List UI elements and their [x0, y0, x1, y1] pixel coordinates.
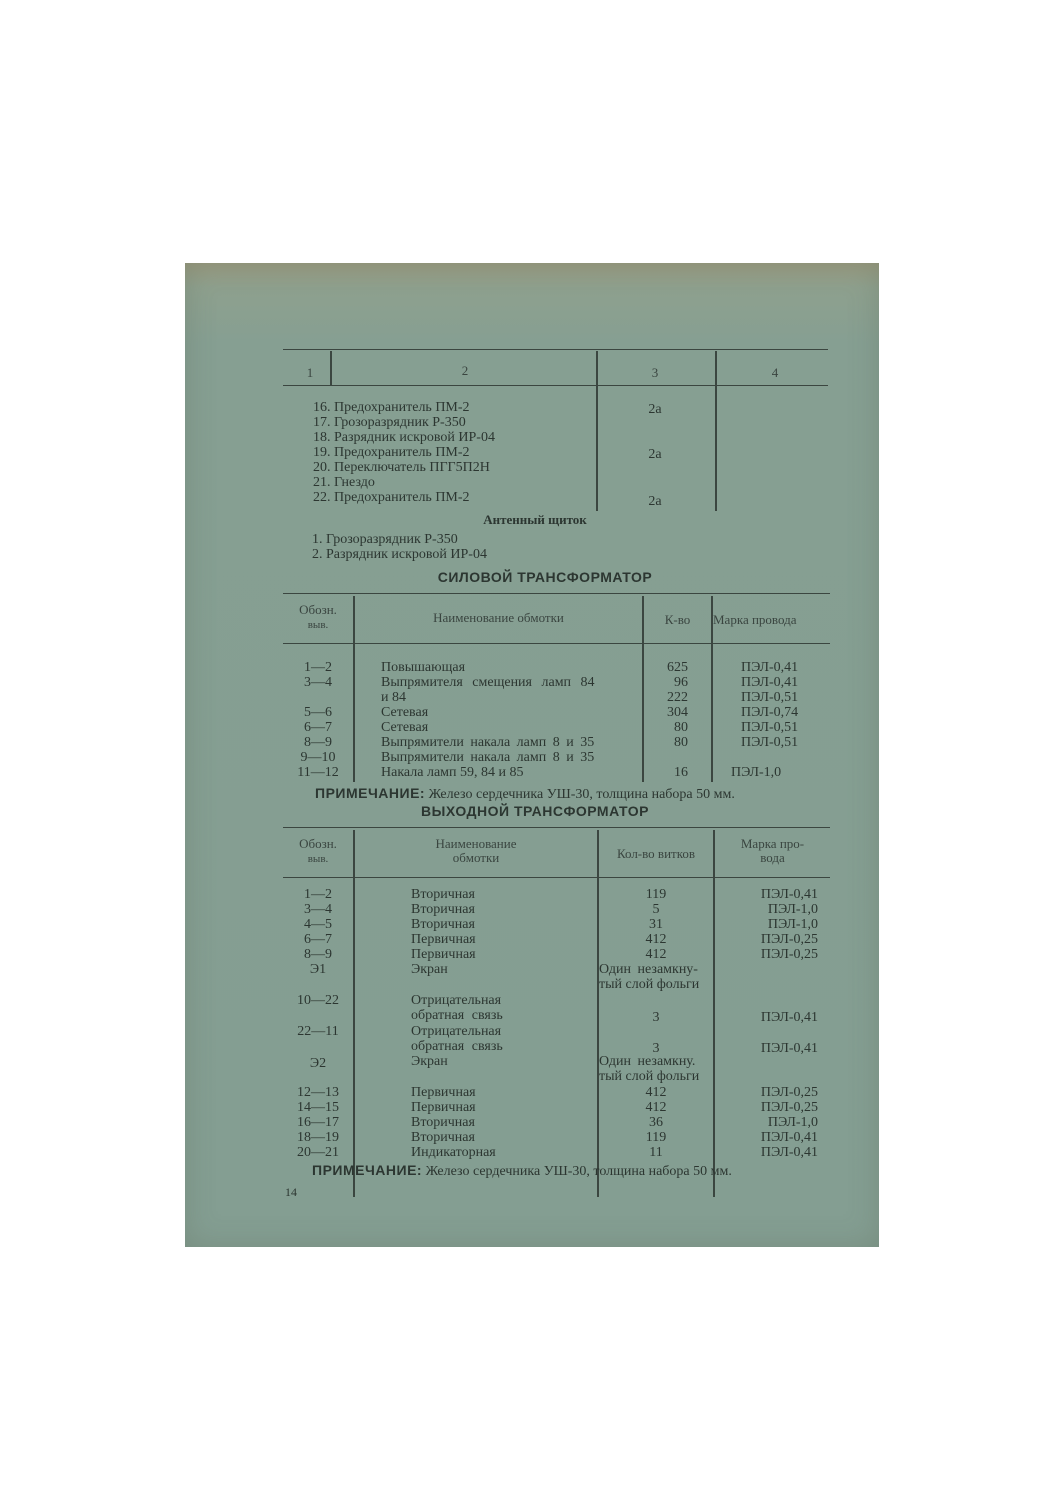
turns-cell: 222	[625, 690, 688, 705]
pins-cell: 10—22	[283, 993, 353, 1008]
wire-cell: ПЭЛ-1,0	[715, 902, 818, 917]
header-text: вода	[760, 850, 785, 865]
turns-cell: 36	[599, 1115, 713, 1130]
pins-cell: 18—19	[283, 1130, 353, 1145]
parts-row-name: 16. Предохранитель ПМ-2	[313, 400, 470, 415]
winding-name-cell: Вторичная	[411, 887, 475, 902]
winding-name-cell: Накала ламп 59, 84 и 85	[381, 765, 524, 780]
column-header-pins: Обозн. выв.	[283, 603, 353, 632]
winding-name-cell: обратная связь	[411, 1039, 503, 1054]
winding-name-cell: Вторичная	[411, 1130, 475, 1145]
column-header: 3	[630, 366, 680, 380]
table-top-rule	[283, 349, 828, 350]
winding-name-cell: Первичная	[411, 1085, 476, 1100]
wire-cell: ПЭЛ-1,0	[715, 1115, 818, 1130]
pins-cell: 8—9	[283, 735, 353, 750]
header-text: выв.	[308, 619, 329, 631]
section-subtitle: Антенный щиток	[425, 512, 645, 527]
wire-cell: ПЭЛ-0,25	[715, 1085, 818, 1100]
winding-name-cell: Вторичная	[411, 1115, 475, 1130]
footnote: ПРИМЕЧАНИЕ: Железо сердечника УШ-30, тол…	[315, 786, 735, 802]
turns-cell: тый слой фольги	[599, 1069, 713, 1084]
wire-cell: ПЭЛ-0,41	[715, 887, 818, 902]
parts-row-name: 20. Переключатель ПГГ5П2Н	[313, 460, 490, 475]
winding-name-cell: Первичная	[411, 932, 476, 947]
column-header-count: Кол-во витков	[599, 847, 713, 861]
turns-cell: 16	[625, 765, 688, 780]
column-divider	[596, 351, 598, 511]
pins-cell: 3—4	[283, 902, 353, 917]
header-text: Обозн.	[299, 836, 337, 851]
column-divider	[353, 830, 355, 1197]
scanned-page: 1 2 3 4 16. Предохранитель ПМ-2 2а 17. Г…	[185, 263, 879, 1247]
table-top-rule	[283, 593, 830, 594]
wire-cell: ПЭЛ-0,51	[741, 735, 798, 750]
winding-name-cell: Выпрямителя смещения ламп 84	[381, 675, 595, 690]
antenna-item: 1. Грозоразрядник Р-350	[312, 532, 458, 547]
pins-cell: 12—13	[283, 1085, 353, 1100]
wire-cell: ПЭЛ-0,25	[715, 1100, 818, 1115]
turns-cell: 96	[625, 675, 688, 690]
parts-row-name: 19. Предохранитель ПМ-2	[313, 445, 470, 460]
wire-cell: ПЭЛ-0,25	[715, 947, 818, 962]
winding-name-cell: и 84	[381, 690, 406, 705]
wire-cell: ПЭЛ-0,41	[715, 1145, 818, 1160]
column-header: 4	[750, 366, 800, 380]
footnote: ПРИМЕЧАНИЕ: Железо сердечника УШ-30, тол…	[312, 1163, 732, 1179]
winding-name-cell: Индикаторная	[411, 1145, 496, 1160]
turns-cell: 412	[599, 947, 713, 962]
parts-row-name: 21. Гнездо	[313, 475, 375, 490]
wire-cell: ПЭЛ-1,0	[731, 765, 781, 780]
pins-cell: 6—7	[283, 720, 353, 735]
wire-cell: ПЭЛ-0,41	[741, 660, 798, 675]
page-number: 14	[285, 1185, 297, 1200]
turns-cell: 31	[599, 917, 713, 932]
winding-name-cell: Первичная	[411, 1100, 476, 1115]
pins-cell: 8—9	[283, 947, 353, 962]
header-text: выв.	[308, 853, 329, 865]
footnote-label: ПРИМЕЧАНИЕ:	[315, 785, 425, 801]
turns-cell: 119	[599, 1130, 713, 1145]
footnote-text: Железо сердечника УШ-30, толщина набора …	[426, 1164, 732, 1179]
pins-cell: 14—15	[283, 1100, 353, 1115]
wire-cell: ПЭЛ-0,41	[715, 1041, 818, 1056]
winding-name-cell: Вторичная	[411, 917, 475, 932]
turns-cell: тый слой фольги	[599, 977, 713, 992]
table-header-rule	[283, 385, 828, 386]
winding-name-cell: Отрицательная	[411, 993, 501, 1008]
parts-row-name: 22. Предохранитель ПМ-2	[313, 490, 470, 505]
turns-cell: 5	[599, 902, 713, 917]
column-header-count: К-во	[644, 613, 711, 627]
column-header-pins: Обозн. выв.	[283, 837, 353, 866]
table-header-rule	[283, 643, 830, 644]
pins-cell: 3—4	[283, 675, 353, 690]
column-header: 2	[435, 364, 495, 378]
winding-name-cell: обратная связь	[411, 1008, 503, 1023]
wire-cell: ПЭЛ-0,41	[715, 1130, 818, 1145]
section-title: СИЛОВОЙ ТРАНСФОРМАТОР	[375, 570, 715, 585]
parts-row-rating: 2а	[630, 402, 680, 417]
turns-cell: 304	[625, 705, 688, 720]
wire-cell: ПЭЛ-0,51	[741, 690, 798, 705]
parts-row-rating: 2а	[630, 447, 680, 462]
pins-cell: 6—7	[283, 932, 353, 947]
wire-cell: ПЭЛ-0,41	[741, 675, 798, 690]
header-text: обмотки	[453, 850, 500, 865]
pins-cell: 1—2	[283, 660, 353, 675]
column-header-name: Наименование обмотки	[355, 611, 642, 625]
winding-name-cell: Сетевая	[381, 705, 428, 720]
turns-cell: 412	[599, 932, 713, 947]
footnote-text: Железо сердечника УШ-30, толщина набора …	[429, 787, 735, 802]
wire-cell: ПЭЛ-0,74	[741, 705, 798, 720]
winding-name-cell: Выпрямители накала ламп 8 и 35	[381, 750, 594, 765]
pins-cell: Э2	[283, 1056, 353, 1071]
column-header-wire: Марка провода	[713, 613, 833, 627]
pins-cell: 20—21	[283, 1145, 353, 1160]
column-divider	[330, 351, 332, 386]
pins-cell: 22—11	[283, 1024, 353, 1039]
turns-cell: 412	[599, 1100, 713, 1115]
parts-row-name: 17. Грозоразрядник Р-350	[313, 415, 466, 430]
turns-cell: 412	[599, 1085, 713, 1100]
turns-cell: 625	[625, 660, 688, 675]
table-top-rule	[283, 827, 830, 828]
turns-cell: 80	[625, 720, 688, 735]
winding-name-cell: Вторичная	[411, 902, 475, 917]
footnote-label: ПРИМЕЧАНИЕ:	[312, 1162, 422, 1178]
wire-cell: ПЭЛ-1,0	[715, 917, 818, 932]
pins-cell: 11—12	[283, 765, 353, 780]
winding-name-cell: Отрицательная	[411, 1024, 501, 1039]
pins-cell: Э1	[283, 962, 353, 977]
winding-name-cell: Повышающая	[381, 660, 465, 675]
turns-cell: 11	[599, 1145, 713, 1160]
header-text: Обозн.	[299, 602, 337, 617]
pins-cell: 16—17	[283, 1115, 353, 1130]
turns-cell: 3	[599, 1010, 713, 1025]
section-title: ВЫХОДНОЙ ТРАНСФОРМАТОР	[365, 804, 705, 819]
pins-cell: 5—6	[283, 705, 353, 720]
antenna-item: 2. Разрядник искровой ИР-04	[312, 547, 487, 562]
wire-cell: ПЭЛ-0,25	[715, 932, 818, 947]
turns-cell: 119	[599, 887, 713, 902]
header-text: Марка про-	[741, 836, 804, 851]
pins-cell: 4—5	[283, 917, 353, 932]
winding-name-cell: Экран	[411, 1054, 448, 1069]
winding-name-cell: Выпрямители накала ламп 8 и 35	[381, 735, 594, 750]
winding-name-cell: Сетевая	[381, 720, 428, 735]
parts-row-name: 18. Разрядник искровой ИР-04	[313, 430, 495, 445]
column-header-wire: Марка про- вода	[715, 837, 830, 865]
winding-name-cell: Первичная	[411, 947, 476, 962]
winding-name-cell: Экран	[411, 962, 448, 977]
wire-cell: ПЭЛ-0,41	[715, 1010, 818, 1025]
wire-cell: ПЭЛ-0,51	[741, 720, 798, 735]
column-divider	[715, 351, 717, 511]
turns-cell: Один незамкну-	[599, 962, 713, 977]
turns-cell: 80	[625, 735, 688, 750]
pins-cell: 1—2	[283, 887, 353, 902]
parts-row-rating: 2а	[630, 494, 680, 509]
column-header-name: Наименование обмотки	[355, 837, 597, 865]
pins-cell: 9—10	[283, 750, 353, 765]
table-header-rule	[283, 877, 830, 878]
turns-cell: Один незамкну.	[599, 1054, 713, 1069]
header-text: Наименование	[436, 836, 517, 851]
column-header: 1	[295, 366, 325, 380]
